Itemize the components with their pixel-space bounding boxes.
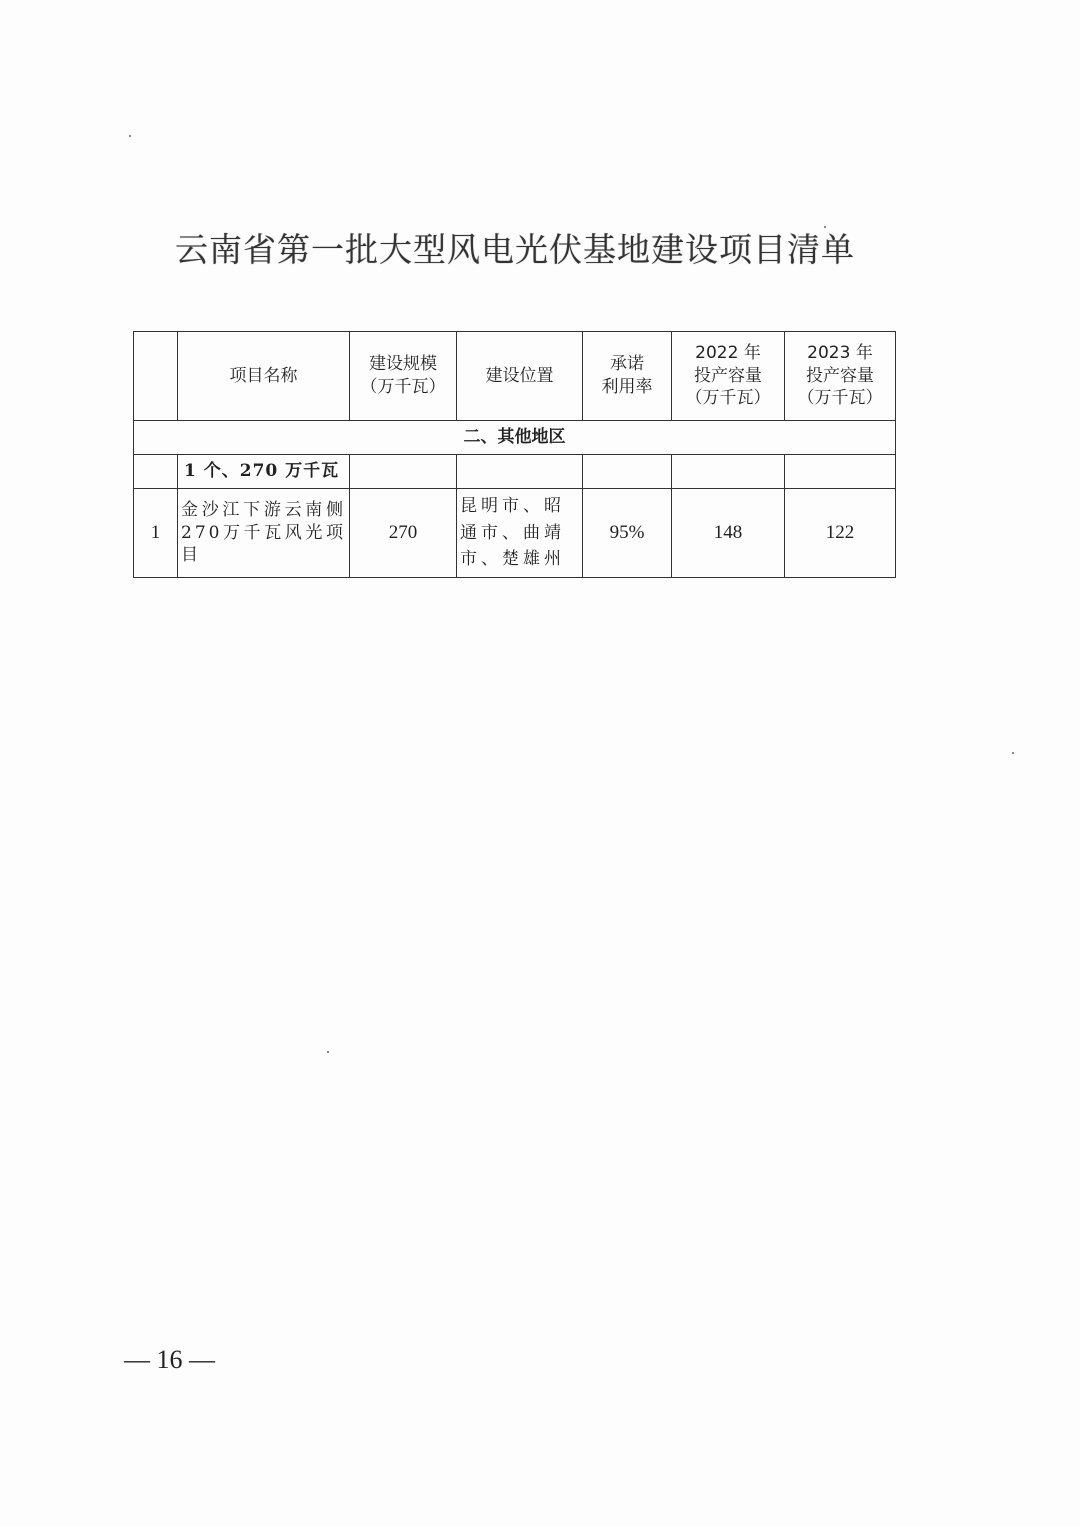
header-rate-line1: 承诺 <box>583 353 671 376</box>
header-cap2023-line3: （万千瓦） <box>785 387 895 410</box>
row-location: 昆明市、昭通市、曲靖市、楚雄州 <box>457 489 583 578</box>
scan-speck <box>824 226 826 228</box>
group-empty-cell <box>785 455 896 489</box>
header-name: 项目名称 <box>178 332 350 421</box>
row-scale: 270 <box>350 489 457 578</box>
table-row: 1 金沙江下游云南侧270万千瓦风光项目 270 昆明市、昭通市、曲靖市、楚雄州… <box>134 489 896 578</box>
row-cap2022: 148 <box>672 489 785 578</box>
group-empty-cell <box>457 455 583 489</box>
header-rate: 承诺 利用率 <box>583 332 672 421</box>
header-scale-line2: （万千瓦） <box>350 376 456 399</box>
header-cap2023-line1: 2023 年 <box>785 342 895 365</box>
header-scale: 建设规模 （万千瓦） <box>350 332 457 421</box>
scan-speck <box>1012 752 1014 754</box>
header-cap2022-line3: （万千瓦） <box>672 387 784 410</box>
header-cap2022: 2022 年 投产容量 （万千瓦） <box>672 332 785 421</box>
scan-speck <box>129 135 131 137</box>
header-cap2023-line2: 投产容量 <box>785 365 895 388</box>
section-row: 二、其他地区 <box>134 421 896 455</box>
group-empty-cell <box>350 455 457 489</box>
group-row: 1 个、270 万千瓦 <box>134 455 896 489</box>
row-project-name: 金沙江下游云南侧270万千瓦风光项目 <box>178 489 350 578</box>
header-cap2023: 2023 年 投产容量 （万千瓦） <box>785 332 896 421</box>
scan-speck <box>327 1051 329 1053</box>
section-label: 二、其他地区 <box>134 421 896 455</box>
header-cap2022-line2: 投产容量 <box>672 365 784 388</box>
header-location: 建设位置 <box>457 332 583 421</box>
page-number: — 16 — <box>124 1345 215 1375</box>
group-index <box>134 455 178 489</box>
header-rate-line2: 利用率 <box>583 376 671 399</box>
table-header-row: 项目名称 建设规模 （万千瓦） 建设位置 承诺 利用率 2022 年 投产容量 … <box>134 332 896 421</box>
header-index <box>134 332 178 421</box>
project-table: 项目名称 建设规模 （万千瓦） 建设位置 承诺 利用率 2022 年 投产容量 … <box>133 331 896 578</box>
document-title: 云南省第一批大型风电光伏基地建设项目清单 <box>0 224 1030 271</box>
group-empty-cell <box>583 455 672 489</box>
row-index: 1 <box>134 489 178 578</box>
row-rate: 95% <box>583 489 672 578</box>
row-cap2023: 122 <box>785 489 896 578</box>
group-label: 1 个、270 万千瓦 <box>178 455 350 489</box>
header-scale-line1: 建设规模 <box>350 353 456 376</box>
header-cap2022-line1: 2022 年 <box>672 342 784 365</box>
group-empty-cell <box>672 455 785 489</box>
